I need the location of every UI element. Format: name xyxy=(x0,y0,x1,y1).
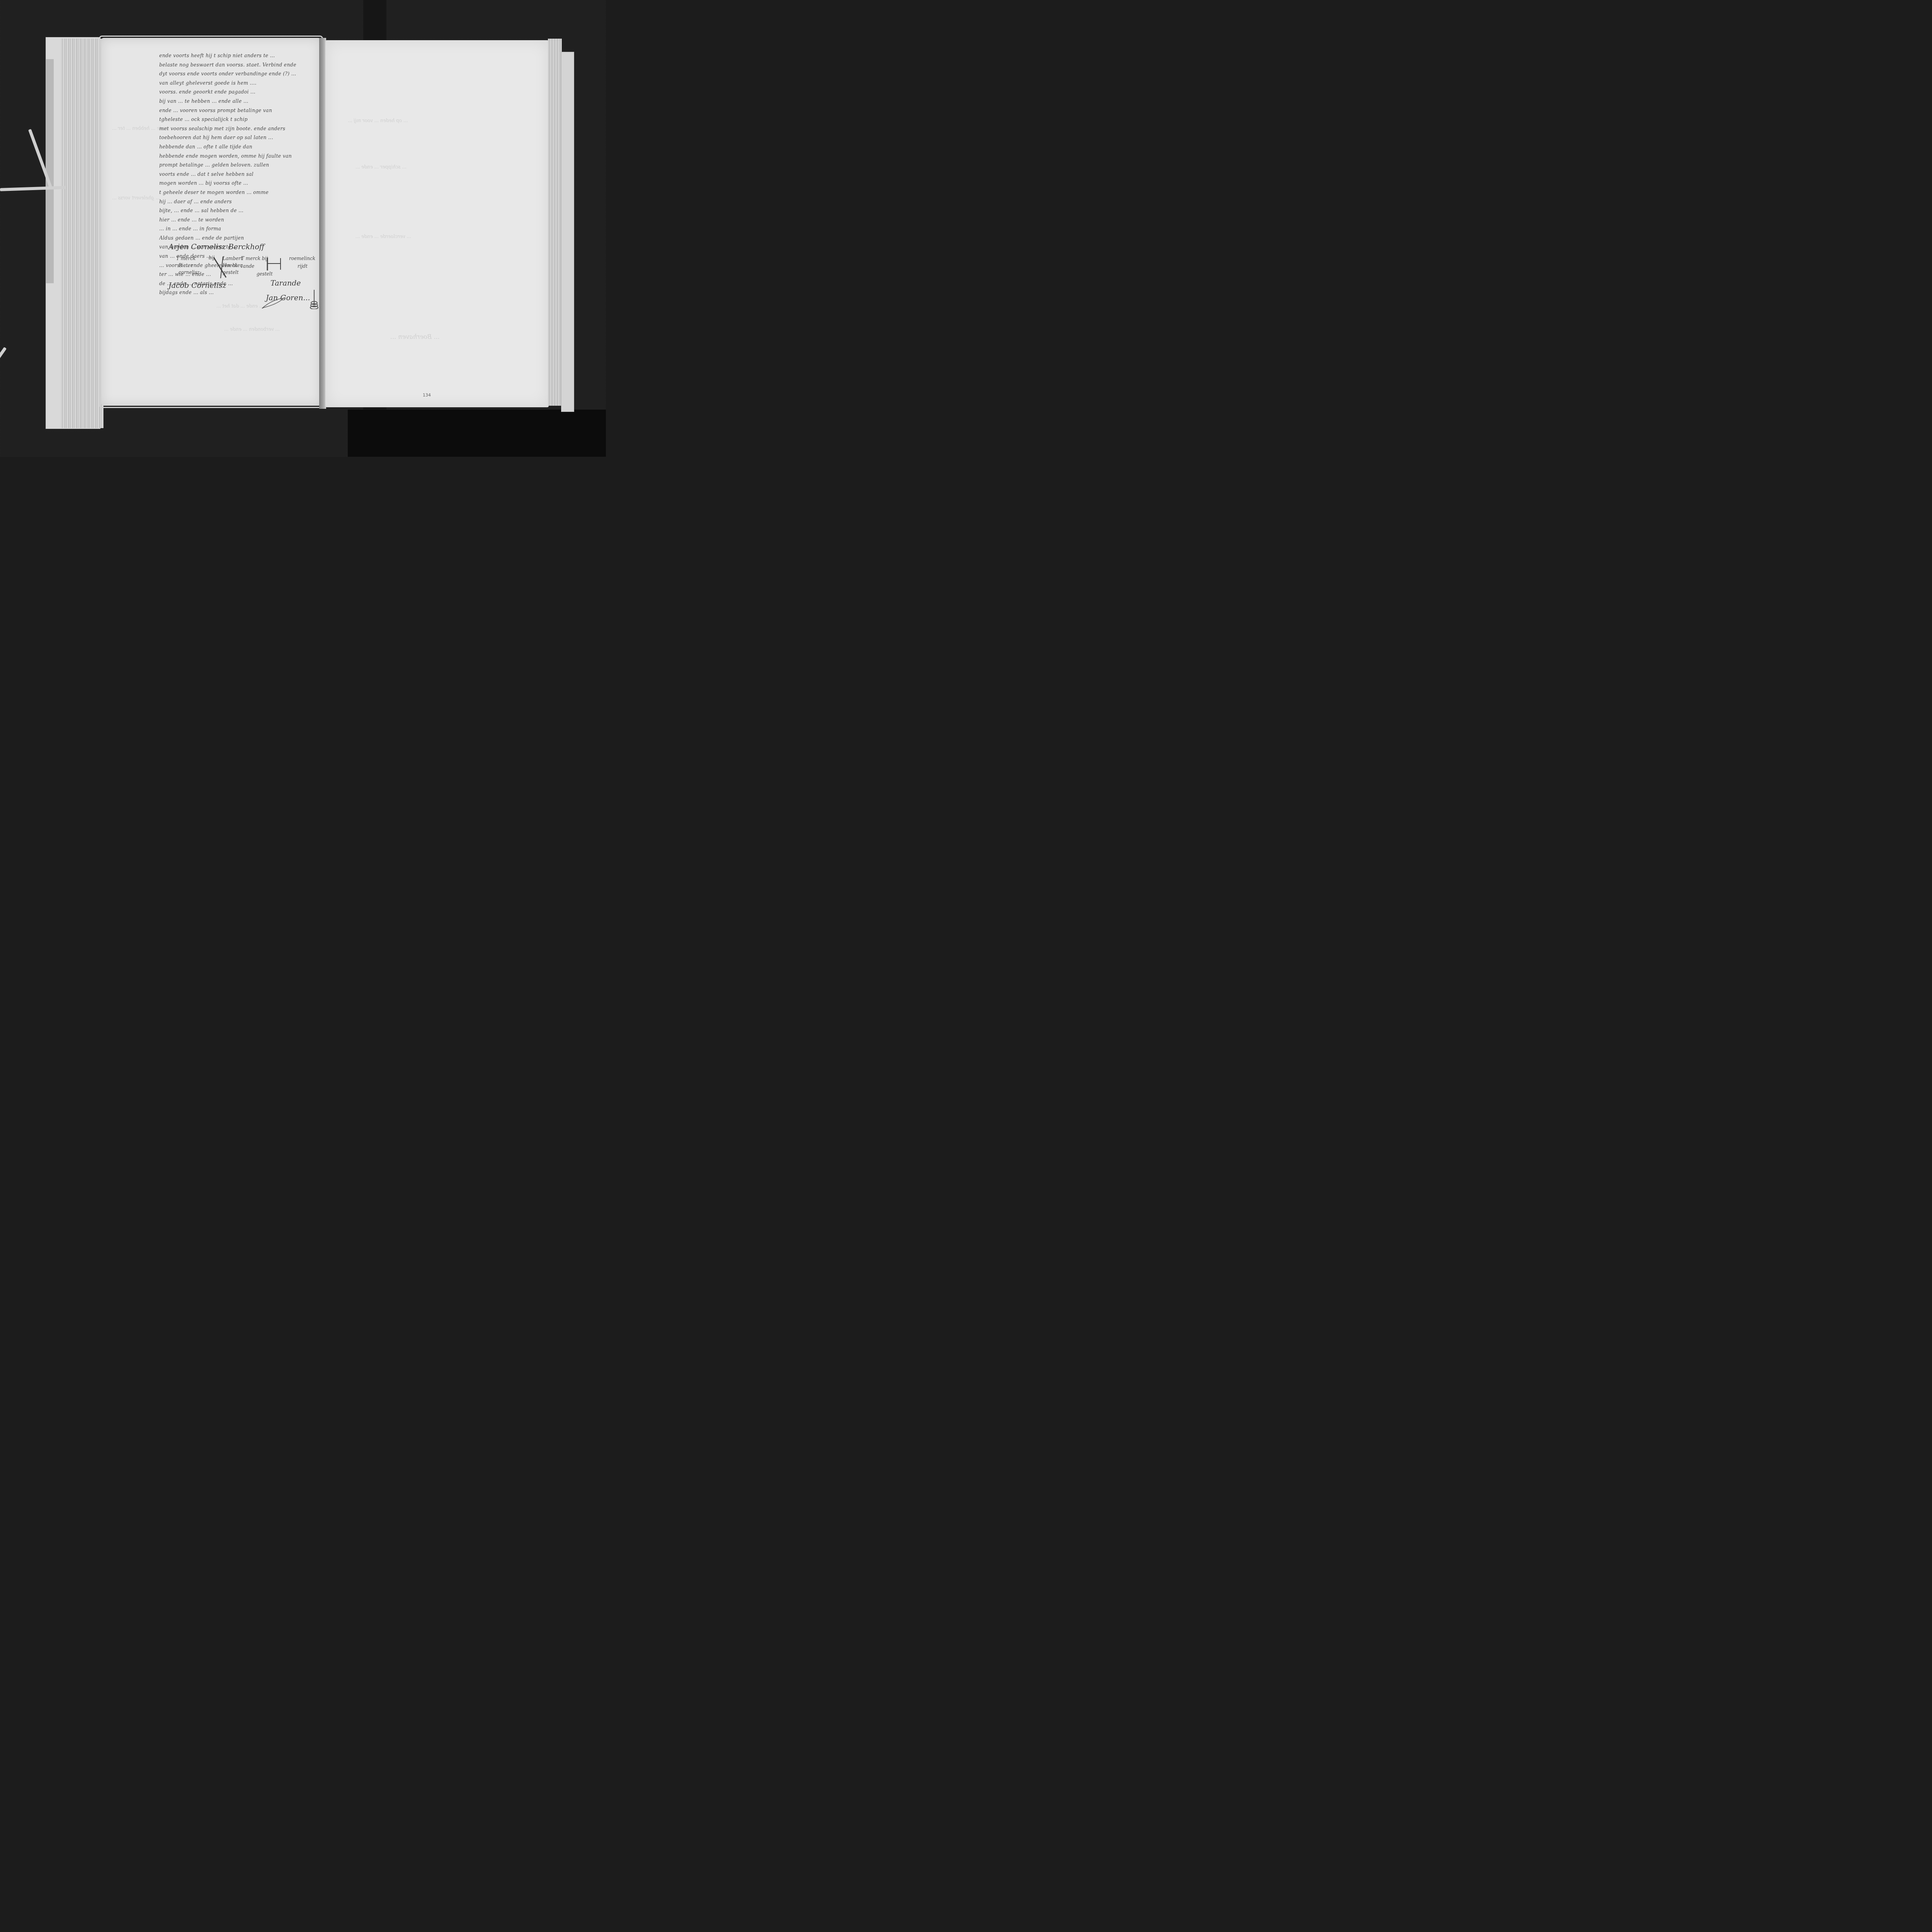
text-line: hij ... daer af ... ende anders xyxy=(159,197,318,206)
text-line: belaste nog beswaert dan voorss. staet. … xyxy=(159,60,318,70)
text-line: hebbende ende mogen worden, omme hij fau… xyxy=(159,151,318,161)
text-line: tgheleste ... ock specialijck t schip xyxy=(159,115,318,124)
text-line: dyt voorss ende voorts onder verbandinge… xyxy=(159,69,318,78)
text-line: ... in ... ende ... in forma xyxy=(159,224,318,233)
folio-number: 134 xyxy=(423,393,431,398)
mark-left-right-3: gestelt xyxy=(223,270,239,275)
merchant-mark-icon xyxy=(263,257,286,272)
mark-right-gestelt: gestelt xyxy=(257,271,273,277)
mark-right-rijdt: rijdt xyxy=(298,264,308,269)
text-line: van alleyt gheleverst goede is hem .... xyxy=(159,78,318,88)
right-page xyxy=(325,40,549,407)
paraph-flourish-icon xyxy=(261,298,284,309)
signature-primary: Arjen Cornelisz Berckhoff xyxy=(168,243,264,251)
text-line: ende ... vooren voorss prompt betalinge … xyxy=(159,106,318,115)
notarial-sign-icon xyxy=(309,290,319,309)
mark-left-line-1: T merck xyxy=(176,256,196,261)
bleed-through-left-4: ... verbonden ... ende ... xyxy=(224,325,280,334)
mark-right-line-roemelinck: roemelinck xyxy=(289,256,315,261)
bleed-through-heading: ... Boerhaven ... xyxy=(390,332,440,342)
text-line: mogen worden ... bij voorss ofte ... xyxy=(159,179,318,188)
text-line: bij van ... te hebben ... ende alle ... xyxy=(159,97,318,106)
bleed-through-right-3: ... verclaerde ... ende ... xyxy=(355,232,411,241)
mark-right-vande: vande xyxy=(240,264,254,269)
bottom-shadow xyxy=(348,410,606,457)
left-page-edges xyxy=(61,39,104,428)
mark-left-right-1: Lambert xyxy=(223,256,243,261)
signature-witness-1: Jacob Cornelisz xyxy=(168,281,226,290)
bleed-through-left-2: ... ghelevert vorss ... xyxy=(112,193,160,202)
text-line: Aldus gedaen ... ende de partijen xyxy=(159,233,318,243)
right-cover-board xyxy=(561,52,574,412)
text-line: voorss. ende geoorkt ende pagadoi ... xyxy=(159,87,318,97)
text-line: met voorss sealschip met zijn boote. end… xyxy=(159,124,318,133)
text-line: toebehooren dat hij hem daer op sal late… xyxy=(159,133,318,142)
bleed-through-left-3: ... ende ... dat het ... xyxy=(216,301,264,311)
text-line: bijte, ... ende ... sal hebben de ... xyxy=(159,206,318,215)
cover-tab xyxy=(46,59,54,283)
text-line: t geheele deser te mogen worden ... omme xyxy=(159,188,318,197)
text-line: prompt betalinge ... gelden beloven. zul… xyxy=(159,160,318,170)
mark-left-right-2: Hoeck xyxy=(223,263,238,268)
text-line: hebbende dan ... ofte t alle tijde dan xyxy=(159,142,318,151)
text-line: ende voorts heeft hij t schip niet ander… xyxy=(159,51,318,60)
mark-left-line-3: cornelisz xyxy=(179,270,200,275)
bleed-through-right-1: ... op heden ... voor mij ... xyxy=(348,116,408,125)
text-line: voorts ende ... dat t selve hebben sal xyxy=(159,170,318,179)
right-page-edges xyxy=(548,39,562,406)
signature-witness-2-title: Tarande xyxy=(270,279,301,287)
bleed-through-right-2: ... schipper ... ende ... xyxy=(355,162,406,172)
mark-left-line-2: Pieter xyxy=(179,263,193,268)
text-line: hier ... ende ... te worden xyxy=(159,215,318,224)
